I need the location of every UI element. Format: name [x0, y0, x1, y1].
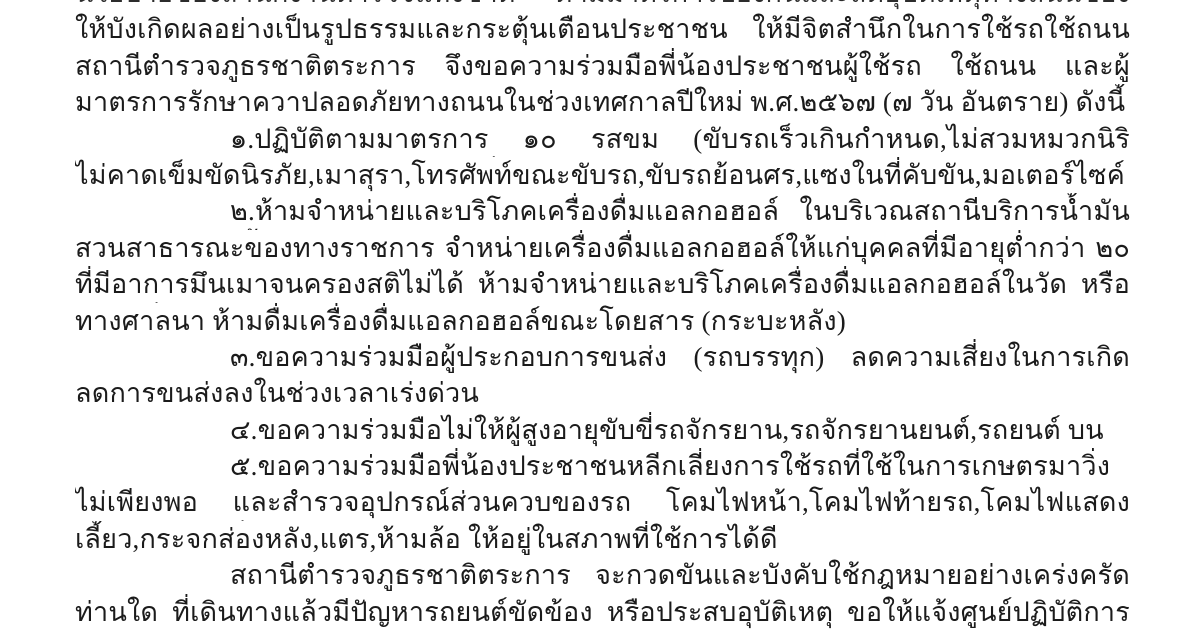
text-line: ไม่เพียงพอ และสำรวจอุปกรณ์ส่วนควบของรถ โ…	[75, 484, 1130, 520]
document-lines: นโยบายของสำนักงานตำรวจแห่งชาติ ตามมาตรกา…	[0, 0, 1200, 630]
text-line: สวนสาธารณะของทางราชการ จำหน่ายเครื่องดื่…	[75, 230, 1130, 266]
text-line: นโยบายของสำนักงานตำรวจแห่งชาติ ตามมาตรกา…	[75, 0, 1130, 11]
text-line: ลดการขนส่งลงในช่วงเวลาเร่งด่วน	[75, 375, 1130, 411]
text-line: ๔.ขอความร่วมมือไม่ให้ผู้สูงอายุขับขี่รถจ…	[75, 412, 1130, 448]
text-line: ๓.ขอความร่วมมือผู้ประกอบการขนส่ง (รถบรรท…	[75, 339, 1130, 375]
text-line: สถานีตำรวจภูธรชาติตระการ จึงขอความร่วมมื…	[75, 48, 1130, 84]
text-line: สถานีตำรวจภูธรชาติตระการ จะกวดขันและบังค…	[75, 557, 1130, 593]
text-line: ทางศาลนา ห้ามดื่มเครื่องดื่มแอลกอฮอล์ขณะ…	[75, 303, 1130, 339]
text-line: มาตรการรักษาควาปลอดภัยทางถนนในช่วงเทศกาล…	[75, 84, 1130, 120]
text-line: ท่านใด ที่เดินทางแล้วมีปัญหารถยนต์ขัดข้อ…	[75, 594, 1130, 630]
text-line: ที่มีอาการมึนเมาจนครองสติไม่ได้ ห้ามจำหน…	[75, 266, 1130, 302]
text-line: ไม่คาดเข็มขัดนิรภัย,เมาสุรา,โทรศัพท์ขณะข…	[75, 157, 1130, 193]
text-line: ๕.ขอความร่วมมือพี่น้องประชาชนหลีกเลี่ยงก…	[75, 448, 1130, 484]
text-line: ๑.ปฏิบัติตามมาตรการ ๑๐ รสขม (ขับรถเร็วเก…	[75, 121, 1130, 157]
text-line: ให้บังเกิดผลอย่างเป็นรูปธรรมและกระตุ้นเต…	[75, 11, 1130, 47]
text-line: ๒.ห้ามจำหน่ายและบริโภคเครื่องดื่มแอลกอฮอ…	[75, 193, 1130, 229]
text-line: เลี้ยว,กระจกส่องหลัง,แตร,ห้ามล้อ ให้อยู่…	[75, 521, 1130, 557]
document-page: นโยบายของสำนักงานตำรวจแห่งชาติ ตามมาตรกา…	[0, 0, 1200, 630]
